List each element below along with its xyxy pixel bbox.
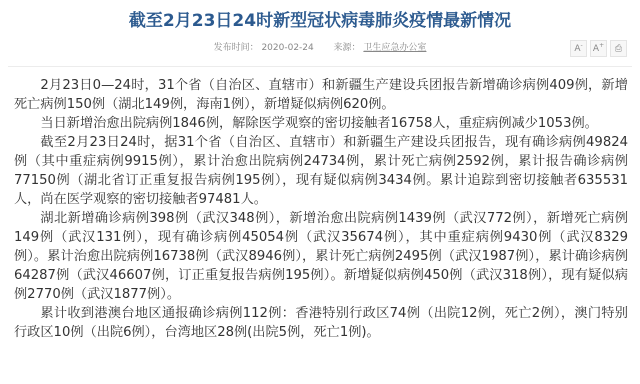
font-increase-button[interactable]: A+ — [590, 40, 607, 57]
paragraph-new-cases: 2月23日0—24时，31个省（自治区、直辖市）和新疆生产建设兵团报告新增确诊病… — [14, 76, 628, 114]
article-body: 2月23日0—24时，31个省（自治区、直辖市）和新疆生产建设兵团报告新增确诊病… — [14, 76, 628, 342]
publish-label: 发布时间： — [214, 43, 259, 53]
paragraph-national-totals: 截至2月23日24时，据31个省（自治区、直辖市）和新疆生产建设兵团报告，现有确… — [14, 133, 628, 209]
font-decrease-button[interactable]: A- — [570, 40, 587, 57]
print-icon: ⎙ — [615, 44, 622, 54]
article-page: 截至2月23日24时新型冠状病毒肺炎疫情最新情况 发布时间： 2020-02-2… — [0, 0, 640, 384]
paragraph-daily-recovery: 当日新增治愈出院病例1846例，解除医学观察的密切接触者16758人，重症病例减… — [14, 114, 628, 133]
article-tools: A- A+ ⎙ — [570, 40, 627, 57]
paragraph-hk-macao-taiwan: 累计收到港澳台地区通报确诊病例112例：香港特别行政区74例（出院12例，死亡2… — [14, 304, 628, 342]
source-link[interactable]: 卫生应急办公室 — [363, 43, 426, 53]
paragraph-hubei: 湖北新增确诊病例398例（武汉348例），新增治愈出院病例1439例（武汉772… — [14, 209, 628, 304]
article-meta: 发布时间： 2020-02-24 来源： 卫生应急办公室 — [0, 42, 640, 54]
source-label: 来源： — [334, 43, 361, 53]
plus-mark: + — [599, 42, 604, 49]
article-title: 截至2月23日24时新型冠状病毒肺炎疫情最新情况 — [0, 10, 640, 32]
publish-date: 2020-02-24 — [261, 43, 313, 53]
minus-mark: - — [581, 42, 583, 49]
header-divider — [8, 66, 632, 67]
print-button[interactable]: ⎙ — [610, 40, 627, 57]
